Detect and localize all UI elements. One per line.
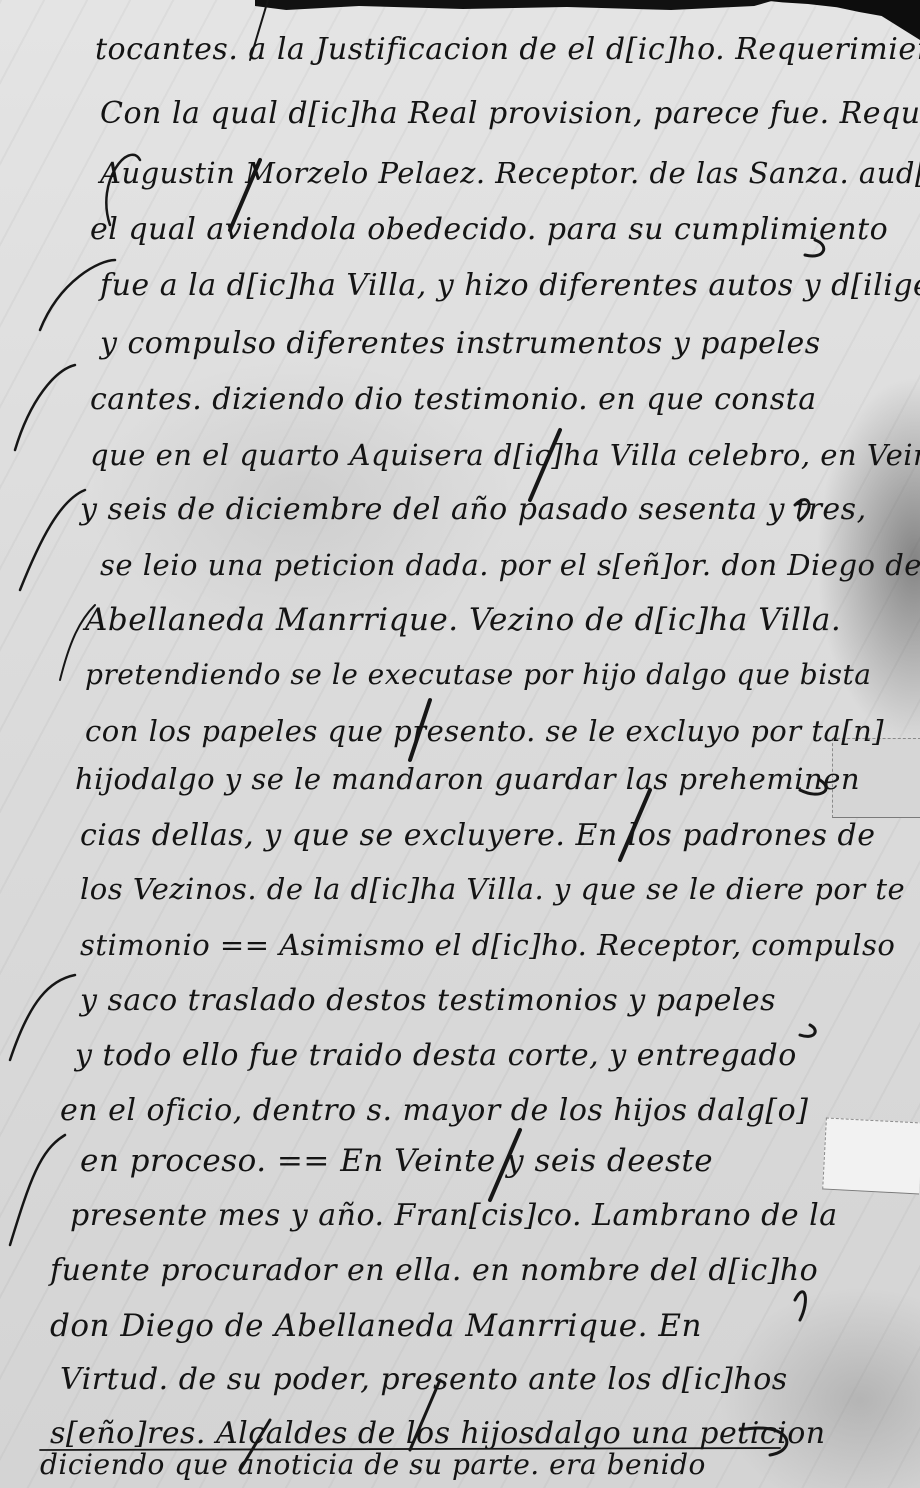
manuscript-line-1: tocantes. a la Justificacion de el d[ic]…	[95, 32, 920, 67]
manuscript-line-17: stimonio == Asimismo el d[ic]ho. Recepto…	[80, 928, 895, 962]
manuscript-line-10: se leio una peticion dada. por el s[eñ]o…	[100, 548, 920, 582]
manuscript-line-8: que en el quarto Aquisera d[ic]ha Villa …	[90, 438, 920, 472]
manuscript-page: tocantes. a la Justificacion de el d[ic]…	[0, 0, 920, 1488]
manuscript-line-15: cias dellas, y que se excluyere. En los …	[80, 818, 875, 853]
manuscript-line-27: diciendo que anoticia de su parte. era b…	[40, 1448, 706, 1481]
manuscript-line-13: con los papeles que presento. se le excl…	[85, 714, 884, 748]
manuscript-line-14: hijodalgo y se le mandaron guardar las p…	[75, 762, 860, 796]
manuscript-line-2: Con la qual d[ic]ha Real provision, pare…	[100, 96, 920, 131]
manuscript-line-5: fue a la d[ic]ha Villa, y hizo diferente…	[100, 268, 920, 303]
manuscript-line-21: en proceso. == En Veinte y seis deeste	[80, 1143, 713, 1179]
manuscript-line-18: y saco traslado destos testimonios y pap…	[80, 983, 776, 1018]
manuscript-line-25: Virtud. de su poder, presento ante los d…	[60, 1362, 788, 1397]
manuscript-line-11: Abellaneda Manrrique. Vezino de d[ic]ha …	[85, 602, 841, 638]
manuscript-line-24: don Diego de Abellaneda Manrrique. En	[50, 1308, 702, 1344]
manuscript-line-4: el qual aviendola obedecido. para su cum…	[90, 212, 888, 247]
manuscript-line-6: y compulso diferentes instrumentos y pap…	[100, 326, 821, 361]
manuscript-line-26: s[eño]res. Alcaldes de los hijosdalgo un…	[50, 1416, 826, 1451]
manuscript-line-16: los Vezinos. de la d[ic]ha Villa. y que …	[80, 872, 905, 906]
manuscript-line-20: en el oficio, dentro s. mayor de los hij…	[60, 1093, 808, 1128]
manuscript-line-19: y todo ello fue traido desta corte, y en…	[75, 1038, 797, 1073]
manuscript-line-7: cantes. diziendo dio testimonio. en que …	[90, 382, 817, 417]
manuscript-line-9: y seis de diciembre del año pasado sesen…	[80, 492, 867, 527]
manuscript-line-12: pretendiendo se le executase por hijo da…	[85, 658, 871, 691]
manuscript-line-23: fuente procurador en ella. en nombre del…	[50, 1253, 818, 1288]
manuscript-line-3: Augustin Morzelo Pelaez. Receptor. de la…	[100, 156, 920, 190]
manuscript-line-22: presente mes y año. Fran[cis]co. Lambran…	[70, 1198, 838, 1233]
